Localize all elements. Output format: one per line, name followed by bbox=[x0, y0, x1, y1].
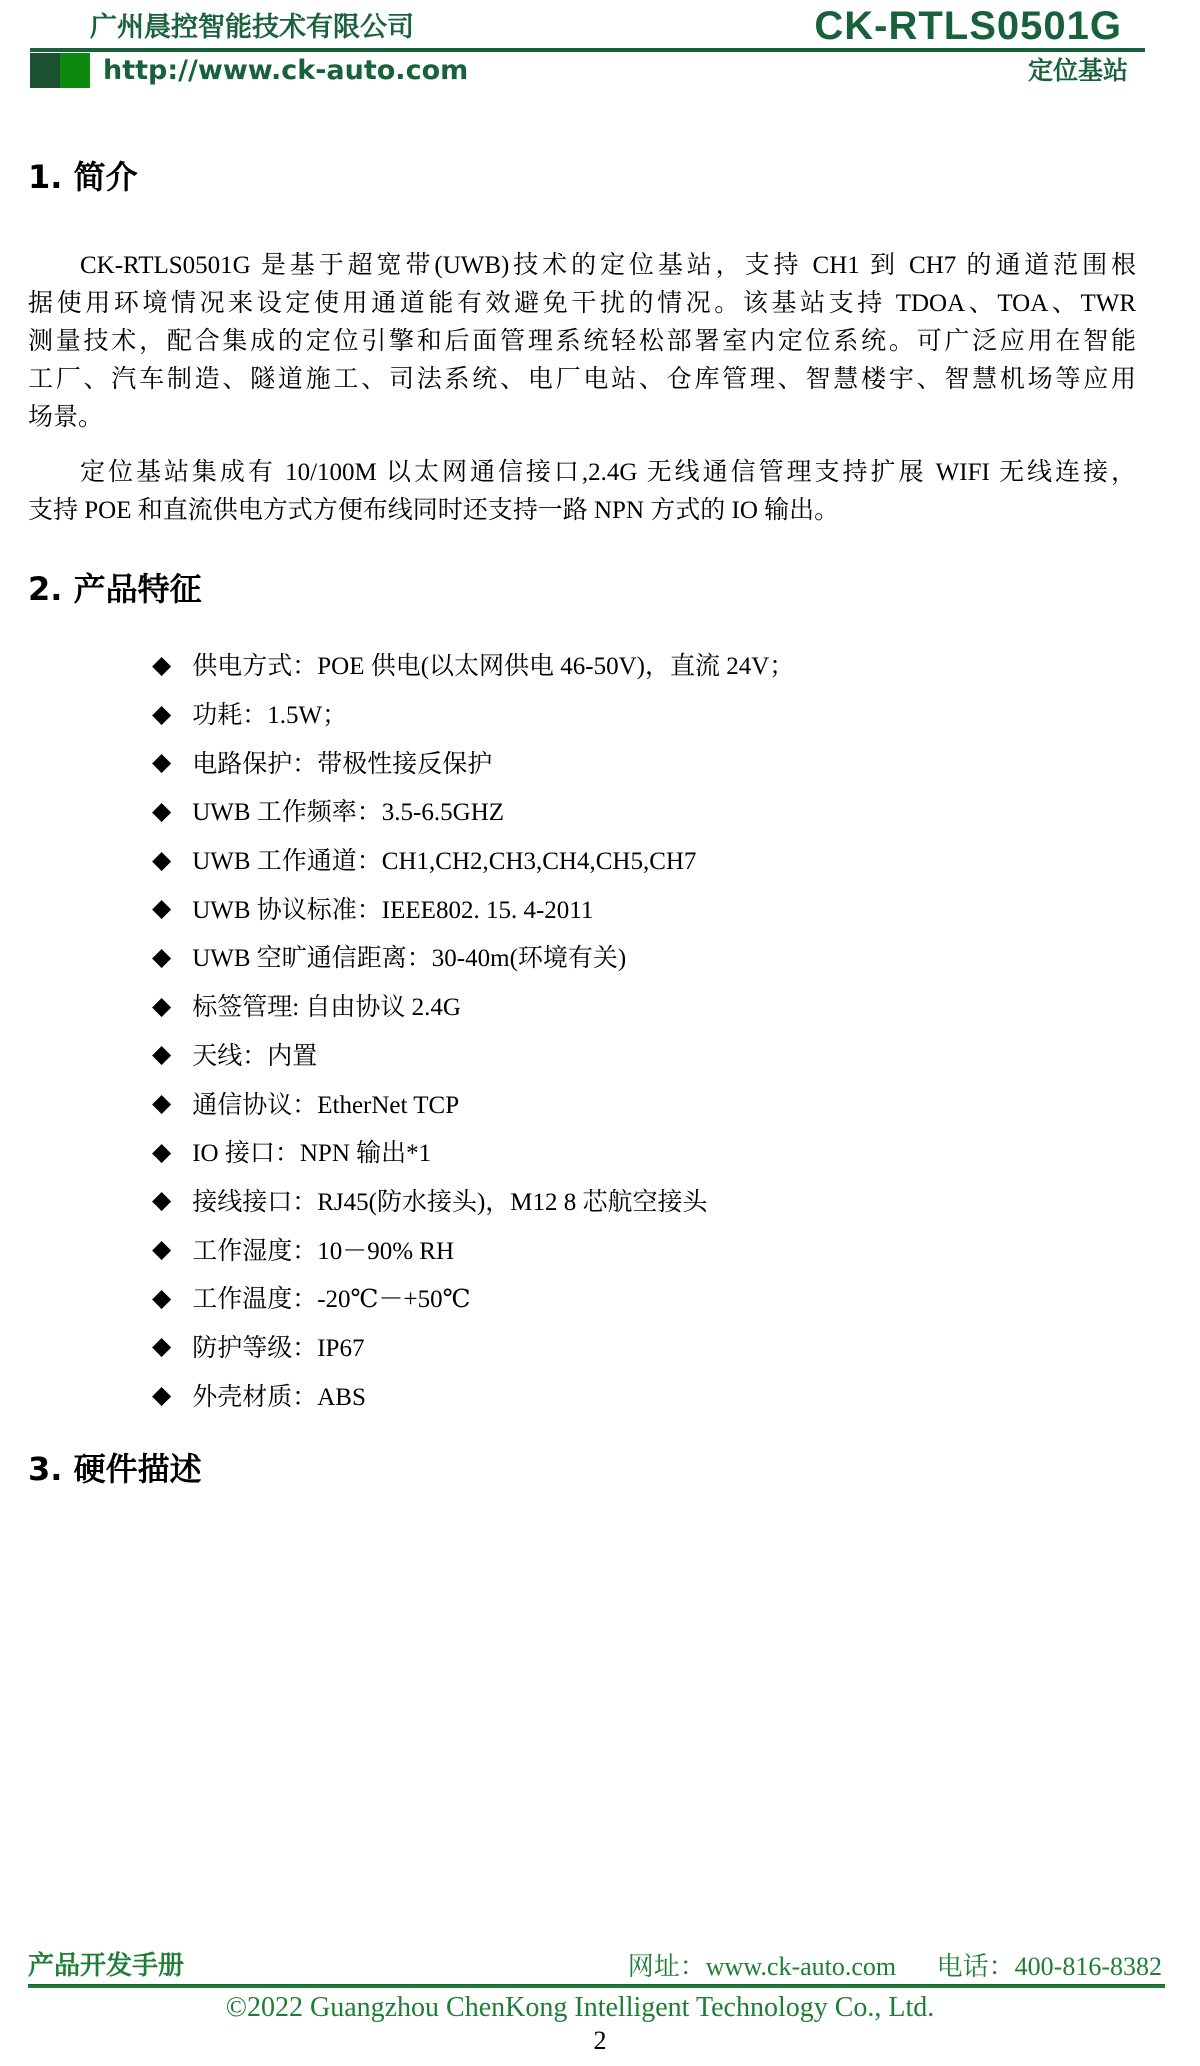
paragraph-line: 工厂、汽车制造、隧道施工、司法系统、电厂电站、仓库管理、智慧楼宇、智慧机场等应用 bbox=[28, 361, 1136, 399]
diamond-bullet-icon: ◆ bbox=[152, 847, 171, 872]
paragraph-line: 测量技术，配合集成的定位引擎和后面管理系统轻松部署室内定位系统。可广泛应用在智能 bbox=[28, 323, 1136, 361]
paragraph-line: 支持 POE 和直流供电方式方便布线同时还支持一路 NPN 方式的 IO 输出。 bbox=[28, 492, 1136, 530]
diamond-bullet-icon: ◆ bbox=[152, 1333, 171, 1358]
company-website: http://www.ck-auto.com bbox=[103, 55, 468, 87]
feature-item: ◆ 工作温度：-20℃－+50℃ bbox=[152, 1273, 1152, 1322]
diamond-bullet-icon: ◆ bbox=[152, 895, 171, 920]
feature-item: ◆ 外壳材质：ABS bbox=[152, 1370, 1152, 1419]
diamond-bullet-icon: ◆ bbox=[152, 1285, 171, 1310]
feature-text: 通信协议：EtherNet TCP bbox=[192, 1085, 459, 1121]
diamond-bullet-icon: ◆ bbox=[152, 993, 171, 1018]
diamond-bullet-icon: ◆ bbox=[152, 1139, 171, 1164]
feature-text: 功耗：1.5W； bbox=[192, 695, 347, 731]
feature-item: ◆ 供电方式：POE 供电(以太网供电 46-50V)，直流 24V； bbox=[152, 640, 1152, 689]
feature-item: ◆ UWB 空旷通信距离：30-40m(环境有关) bbox=[152, 932, 1152, 981]
diamond-bullet-icon: ◆ bbox=[152, 1236, 171, 1261]
diamond-bullet-icon: ◆ bbox=[152, 798, 171, 823]
feature-text: 接线接口：RJ45(防水接头)，M12 8 芯航空接头 bbox=[192, 1182, 707, 1218]
feature-item: ◆ 通信协议：EtherNet TCP bbox=[152, 1078, 1152, 1127]
footer-phone: 电话：400-816-8382 bbox=[937, 1952, 1162, 1981]
diamond-bullet-icon: ◆ bbox=[152, 944, 171, 969]
section-1-title: 1. 简介 bbox=[28, 158, 138, 196]
feature-text: 标签管理: 自由协议 2.4G bbox=[192, 987, 461, 1023]
footer-manual-label: 产品开发手册 bbox=[28, 1951, 184, 1981]
feature-text: UWB 协议标准：IEEE802. 15. 4-2011 bbox=[192, 890, 593, 926]
section-2-title: 2. 产品特征 bbox=[28, 570, 202, 608]
feature-text: 供电方式：POE 供电(以太网供电 46-50V)，直流 24V； bbox=[192, 646, 794, 682]
feature-item: ◆ 标签管理: 自由协议 2.4G bbox=[152, 981, 1152, 1030]
section-3-title: 3. 硬件描述 bbox=[28, 1450, 202, 1488]
paragraph-line: 场景。 bbox=[28, 399, 1136, 437]
logo-square-bright-icon bbox=[60, 53, 90, 88]
header-divider bbox=[30, 48, 1145, 52]
product-model: CK-RTLS0501G bbox=[814, 4, 1122, 48]
feature-item: ◆ 天线：内置 bbox=[152, 1030, 1152, 1079]
company-name: 广州晨控智能技术有限公司 bbox=[90, 13, 414, 43]
feature-text: UWB 空旷通信距离：30-40m(环境有关) bbox=[192, 938, 626, 974]
product-type-label: 定位基站 bbox=[1028, 57, 1128, 85]
feature-item: ◆ 接线接口：RJ45(防水接头)，M12 8 芯航空接头 bbox=[152, 1176, 1152, 1225]
diamond-bullet-icon: ◆ bbox=[152, 1090, 171, 1115]
paragraph-line: 定位基站集成有 10/100M 以太网通信接口,2.4G 无线通信管理支持扩展 … bbox=[28, 454, 1136, 492]
feature-text: 外壳材质：ABS bbox=[192, 1377, 366, 1413]
feature-item: ◆ UWB 工作通道：CH1,CH2,CH3,CH4,CH5,CH7 bbox=[152, 835, 1152, 884]
footer-phone-label: 电话： bbox=[937, 1952, 1015, 1981]
feature-item: ◆ 防护等级：IP67 bbox=[152, 1322, 1152, 1371]
feature-item: ◆ 功耗：1.5W； bbox=[152, 689, 1152, 738]
diamond-bullet-icon: ◆ bbox=[152, 1382, 171, 1407]
feature-item: ◆ 工作湿度：10－90% RH bbox=[152, 1224, 1152, 1273]
feature-list: ◆ 供电方式：POE 供电(以太网供电 46-50V)，直流 24V； ◆ 功耗… bbox=[152, 640, 1152, 1419]
document-page: 广州晨控智能技术有限公司 CK-RTLS0501G http://www.ck-… bbox=[0, 0, 1200, 2066]
footer-website-label: 网址： bbox=[628, 1952, 706, 1981]
footer-divider bbox=[28, 1984, 1165, 1988]
intro-paragraph-2: 定位基站集成有 10/100M 以太网通信接口,2.4G 无线通信管理支持扩展 … bbox=[28, 454, 1136, 530]
intro-paragraph-1: CK-RTLS0501G 是基于超宽带(UWB)技术的定位基站，支持 CH1 到… bbox=[28, 247, 1136, 437]
footer-phone-value: 400-816-8382 bbox=[1015, 1952, 1162, 1981]
paragraph-line: CK-RTLS0501G 是基于超宽带(UWB)技术的定位基站，支持 CH1 到… bbox=[28, 247, 1136, 285]
feature-text: UWB 工作频率：3.5-6.5GHZ bbox=[192, 792, 504, 828]
feature-text: 电路保护：带极性接反保护 bbox=[192, 744, 492, 780]
diamond-bullet-icon: ◆ bbox=[152, 1041, 171, 1066]
paragraph-line: 据使用环境情况来设定使用通道能有效避免干扰的情况。该基站支持 TDOA、TOA、… bbox=[28, 285, 1136, 323]
diamond-bullet-icon: ◆ bbox=[152, 1187, 171, 1212]
feature-text: 工作温度：-20℃－+50℃ bbox=[192, 1279, 470, 1315]
footer-copyright: ©2022 Guangzhou ChenKong Intelligent Tec… bbox=[0, 1992, 1160, 2024]
feature-text: 工作湿度：10－90% RH bbox=[192, 1231, 454, 1267]
diamond-bullet-icon: ◆ bbox=[152, 701, 171, 726]
footer-contacts: 网址：www.ck-auto.com 电话：400-816-8382 bbox=[628, 1952, 1162, 1982]
footer-website-value: www.ck-auto.com bbox=[706, 1952, 896, 1981]
feature-text: 防护等级：IP67 bbox=[192, 1328, 364, 1364]
footer-website: 网址：www.ck-auto.com bbox=[628, 1952, 896, 1981]
diamond-bullet-icon: ◆ bbox=[152, 652, 171, 677]
logo-square-dark-icon bbox=[30, 53, 60, 88]
feature-text: 天线：内置 bbox=[192, 1036, 317, 1072]
feature-item: ◆ IO 接口：NPN 输出*1 bbox=[152, 1127, 1152, 1176]
feature-item: ◆ UWB 工作频率：3.5-6.5GHZ bbox=[152, 786, 1152, 835]
feature-item: ◆ UWB 协议标准：IEEE802. 15. 4-2011 bbox=[152, 883, 1152, 932]
diamond-bullet-icon: ◆ bbox=[152, 749, 171, 774]
feature-text: UWB 工作通道：CH1,CH2,CH3,CH4,CH5,CH7 bbox=[192, 841, 696, 877]
feature-item: ◆ 电路保护：带极性接反保护 bbox=[152, 737, 1152, 786]
feature-text: IO 接口：NPN 输出*1 bbox=[192, 1133, 431, 1169]
page-number: 2 bbox=[0, 2026, 1200, 2056]
